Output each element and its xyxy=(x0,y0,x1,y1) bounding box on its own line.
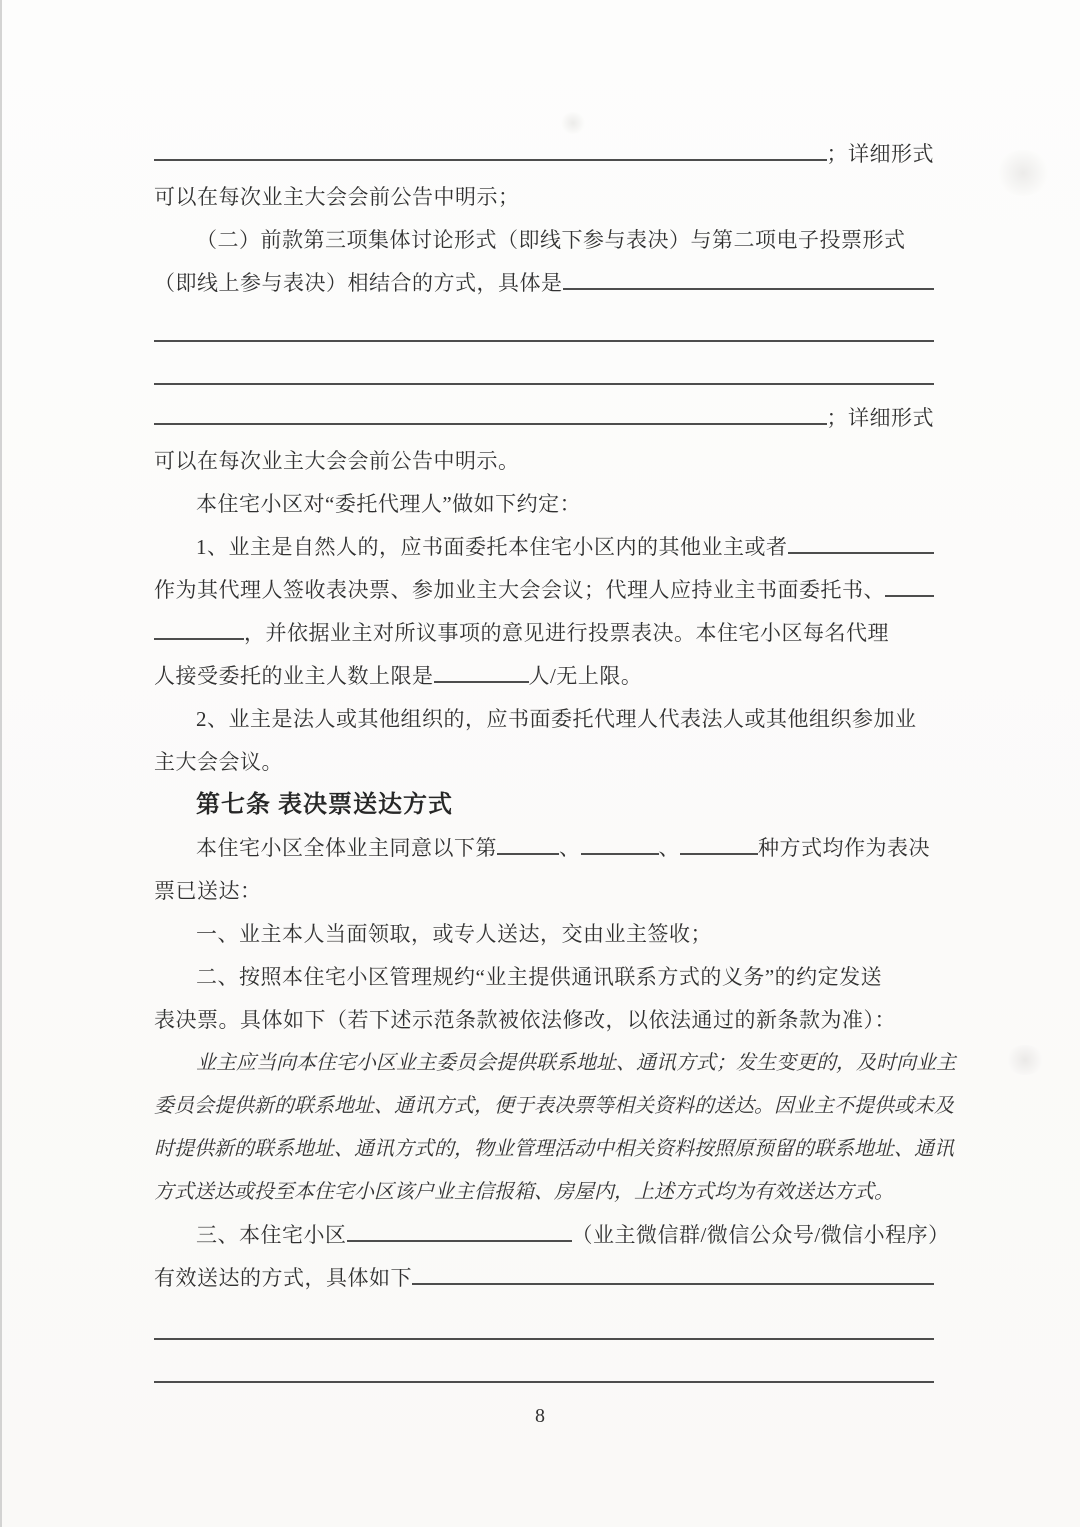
document-page: ；详细形式 可以在每次业主大会会前公告中明示； （二）前款第三项集体讨论形式（即… xyxy=(0,0,1080,1527)
doc-line-23: 委员会提供新的联系地址、通讯方式，便于表决票等相关资料的送达。因业主不提供或未及 xyxy=(154,1085,934,1128)
line-text: 作为其代理人签收表决票、参加业主大会会议；代理人应持业主书面委托书、 xyxy=(154,569,885,612)
line-text: 主大会会议。 xyxy=(154,741,283,784)
line-text: （二）前款第三项集体讨论形式（即线下参与表决）与第二项电子投票形式 xyxy=(196,219,906,262)
blank-field xyxy=(497,853,559,855)
blank-field xyxy=(788,552,935,554)
doc-line-09: 本住宅小区对“委托代理人”做如下约定： xyxy=(154,483,934,526)
line-text: 业主应当向本住宅小区业主委员会提供联系地址、通讯方式；发生变更的，及时向业主 xyxy=(196,1042,956,1085)
line-text: 种方式均作为表决 xyxy=(758,827,930,870)
doc-line-08: 可以在每次业主大会会前公告中明示。 xyxy=(154,440,934,483)
scan-smudge xyxy=(1005,1045,1045,1075)
line-text: 方式送达或投至本住宅小区该户业主信报箱、房屋内，上述方式均为有效送达方式。 xyxy=(154,1171,894,1214)
line-text: （即线上参与表决）相结合的方式，具体是 xyxy=(154,262,563,305)
doc-line-24: 时提供新的联系地址、通讯方式的，物业管理活动中相关资料按照原预留的联系地址、通讯 xyxy=(154,1128,934,1171)
doc-line-11: 作为其代理人签收表决票、参加业主大会会议；代理人应持业主书面委托书、 xyxy=(154,569,934,612)
line-text: 委员会提供新的联系地址、通讯方式，便于表决票等相关资料的送达。因业主不提供或未及 xyxy=(154,1085,954,1128)
doc-line-15: 主大会会议。 xyxy=(154,741,934,784)
doc-line-10: 1、业主是自然人的，应书面委托本住宅小区内的其他业主或者 xyxy=(154,526,934,569)
line-text: 人接受委托的业主人数上限是 xyxy=(154,655,434,698)
scan-smudge xyxy=(995,150,1051,196)
doc-line-17: 本住宅小区全体业主同意以下第 、 、 种方式均作为表决 xyxy=(154,827,934,870)
line-text: （业主微信群/微信公众号/微信小程序） xyxy=(572,1214,950,1257)
doc-line-06 xyxy=(154,354,934,397)
line-text: 二、按照本住宅小区管理规约“业主提供通讯联系方式的义务”的约定发送 xyxy=(196,956,882,999)
blank-field xyxy=(563,288,935,290)
line-text: ；详细形式 xyxy=(827,133,935,176)
line-text: 1、业主是自然人的，应书面委托本住宅小区内的其他业主或者 xyxy=(196,526,788,569)
doc-line-27: 有效送达的方式，具体如下 xyxy=(154,1257,934,1300)
line-text: 本住宅小区对“委托代理人”做如下约定： xyxy=(196,483,581,526)
doc-line-26: 三、本住宅小区 （业主微信群/微信公众号/微信小程序） xyxy=(154,1214,934,1257)
blank-field xyxy=(154,159,827,161)
doc-line-02: 可以在每次业主大会会前公告中明示； xyxy=(154,176,934,219)
doc-line-05 xyxy=(154,311,934,354)
blank-field xyxy=(885,595,934,597)
line-text: 本住宅小区全体业主同意以下第 xyxy=(196,827,497,870)
doc-line-18: 票已送达： xyxy=(154,870,934,913)
separator-text: 、 xyxy=(559,827,581,870)
line-text: 有效送达的方式，具体如下 xyxy=(154,1257,412,1300)
line-text: 可以在每次业主大会会前公告中明示。 xyxy=(154,440,520,483)
blank-field xyxy=(347,1240,572,1242)
doc-line-21: 表决票。具体如下（若下述示范条款被依法修改，以依法通过的新条款为准）： xyxy=(154,999,934,1042)
doc-line-12: ，并依据业主对所议事项的意见进行投票表决。本住宅小区每名代理 xyxy=(154,612,934,655)
blank-field xyxy=(581,853,659,855)
doc-line-25: 方式送达或投至本住宅小区该户业主信报箱、房屋内，上述方式均为有效送达方式。 xyxy=(154,1171,934,1214)
doc-line-03: （二）前款第三项集体讨论形式（即线下参与表决）与第二项电子投票形式 xyxy=(154,219,934,262)
heading-text: 第七条 表决票送达方式 xyxy=(196,784,453,827)
line-text: 一、业主本人当面领取，或专人送达，交由业主签收； xyxy=(196,913,712,956)
blank-field xyxy=(154,1338,934,1340)
blank-field xyxy=(154,1381,934,1383)
line-text: 可以在每次业主大会会前公告中明示； xyxy=(154,176,520,219)
document-body: ；详细形式 可以在每次业主大会会前公告中明示； （二）前款第三项集体讨论形式（即… xyxy=(154,133,934,1395)
line-text: 票已送达： xyxy=(154,870,262,913)
scan-smudge xyxy=(560,112,586,134)
article-7-heading: 第七条 表决票送达方式 xyxy=(154,784,934,827)
page-number: 8 xyxy=(0,1405,1080,1428)
doc-line-19: 一、业主本人当面领取，或专人送达，交由业主签收； xyxy=(154,913,934,956)
blank-field xyxy=(434,681,529,683)
doc-line-28 xyxy=(154,1309,934,1352)
doc-line-13: 人接受委托的业主人数上限是 人/无上限。 xyxy=(154,655,934,698)
doc-line-14: 2、业主是法人或其他组织的，应书面委托代理人代表法人或其他组织参加业 xyxy=(154,698,934,741)
blank-field xyxy=(680,853,758,855)
line-text: 人/无上限。 xyxy=(529,655,643,698)
line-text: 三、本住宅小区 xyxy=(196,1214,347,1257)
blank-field xyxy=(154,638,244,640)
blank-field xyxy=(412,1283,934,1285)
line-text: 时提供新的联系地址、通讯方式的，物业管理活动中相关资料按照原预留的联系地址、通讯 xyxy=(154,1128,954,1171)
doc-line-22: 业主应当向本住宅小区业主委员会提供联系地址、通讯方式；发生变更的，及时向业主 xyxy=(154,1042,934,1085)
blank-field xyxy=(154,423,827,425)
doc-line-07: ；详细形式 xyxy=(154,397,934,440)
line-text: 2、业主是法人或其他组织的，应书面委托代理人代表法人或其他组织参加业 xyxy=(196,698,917,741)
line-text: ，并依据业主对所议事项的意见进行投票表决。本住宅小区每名代理 xyxy=(244,612,889,655)
line-text: ；详细形式 xyxy=(827,397,935,440)
line-text: 表决票。具体如下（若下述示范条款被依法修改，以依法通过的新条款为准）： xyxy=(154,999,896,1042)
scan-edge-line xyxy=(0,0,2,1527)
blank-field xyxy=(154,340,934,342)
doc-line-20: 二、按照本住宅小区管理规约“业主提供通讯联系方式的义务”的约定发送 xyxy=(154,956,934,999)
doc-line-01: ；详细形式 xyxy=(154,133,934,176)
doc-line-29 xyxy=(154,1352,934,1395)
separator-text: 、 xyxy=(659,827,681,870)
blank-field xyxy=(154,383,934,385)
doc-line-04: （即线上参与表决）相结合的方式，具体是 xyxy=(154,262,934,305)
